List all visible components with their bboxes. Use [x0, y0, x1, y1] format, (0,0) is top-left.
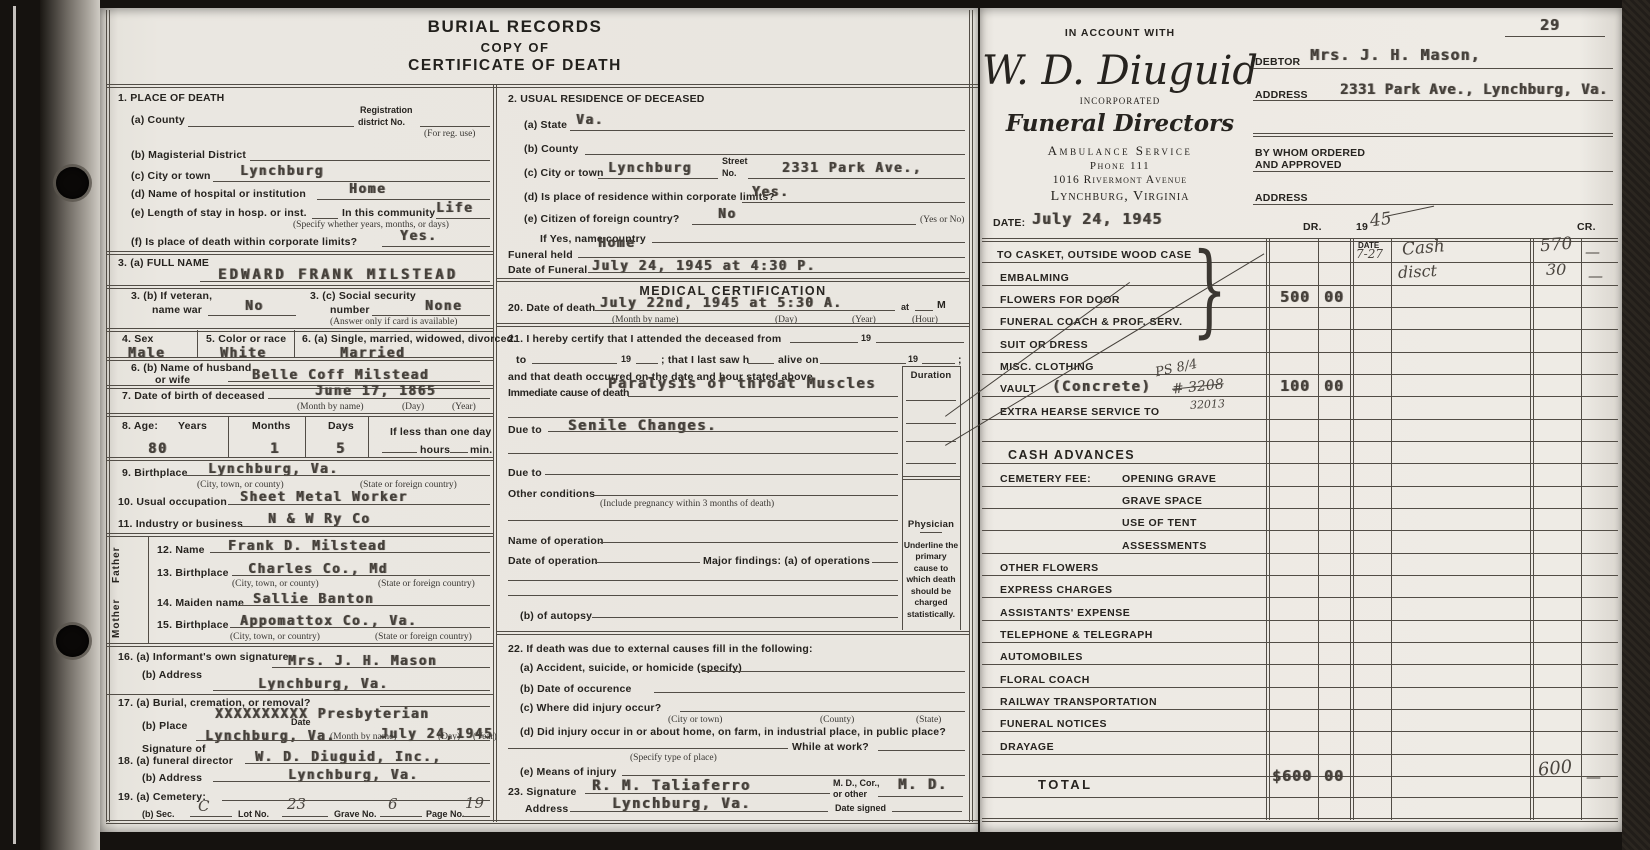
yes-no-hint: (Yes or No) — [920, 216, 964, 226]
rule — [982, 731, 1618, 732]
debtor-address-value: 2331 Park Ave., Lynchburg, Va. — [1340, 83, 1608, 97]
corporate-limits-value: Yes. — [400, 230, 437, 243]
and-approved-label: AND APPROVED — [1255, 160, 1342, 172]
father-name-label: 12. Name — [157, 545, 205, 557]
maiden-name-label: 14. Maiden name — [157, 598, 244, 610]
rule — [188, 126, 354, 127]
burial-place-value: Lynchburg, Va. — [205, 730, 336, 743]
rule — [982, 797, 1618, 798]
credit-discount-handwritten: disct — [1398, 263, 1438, 281]
external-causes-heading: 22. If death was due to external causes … — [508, 644, 813, 656]
grave-no-label: Grave No. — [334, 810, 377, 820]
full-name-label: 3. (a) FULL NAME — [118, 258, 209, 270]
credit-cash-handwritten: Cash — [1401, 238, 1445, 259]
age-months-label: Months — [252, 421, 291, 433]
rule — [878, 750, 965, 751]
debtor-value: Mrs. J. H. Mason, — [1310, 48, 1481, 63]
date-of-death-label: 20. Date of death — [508, 303, 595, 315]
rule — [420, 126, 490, 127]
veteran-label: 3. (b) If veteran, — [131, 291, 212, 303]
md-value: M. D. — [898, 778, 948, 792]
to-label: to — [516, 355, 526, 367]
injury-location-label: (d) Did injury occur in or about home, o… — [520, 727, 946, 739]
res-city-label: (c) City or town — [524, 168, 604, 180]
grave-no-value: 6 — [388, 797, 398, 812]
rule — [578, 257, 965, 258]
rule — [436, 218, 490, 219]
rule — [595, 562, 700, 563]
rule — [598, 178, 718, 179]
ledger-row-label: RAILWAY TRANSPORTATION — [1000, 697, 1157, 709]
state-country-hint: (State or foreign country) — [375, 633, 472, 643]
rule — [106, 251, 493, 255]
rule — [652, 242, 965, 243]
ledger-row-label: DRAYAGE — [1000, 742, 1054, 754]
rule — [210, 552, 490, 553]
credit-cash-amount: 570 — [1539, 236, 1573, 256]
ledger-row-label: FUNERAL NOTICES — [1000, 719, 1107, 731]
rule — [272, 667, 490, 668]
length-of-stay-label: (e) Length of stay in hosp. or inst. — [131, 208, 307, 220]
page-subtitle-2: CERTIFICATE OF DEATH — [280, 58, 750, 74]
month-hint: (Month by name) — [297, 403, 364, 413]
rule — [570, 811, 828, 812]
rule — [982, 664, 1618, 665]
rule — [190, 816, 232, 817]
rule — [232, 575, 490, 576]
year-hint: (Year) — [473, 733, 497, 743]
industry-label: 11. Industry or business — [118, 519, 243, 531]
rule — [902, 366, 960, 367]
rule — [1391, 238, 1392, 820]
rule — [922, 363, 955, 364]
physician-underline-note: Underline the primary cause to which dea… — [903, 540, 959, 620]
rule — [493, 84, 497, 822]
rule — [1253, 68, 1613, 69]
rule — [250, 160, 490, 161]
husband-wife-label: 6. (b) Name of husband — [131, 363, 252, 375]
due-to-label: Due to — [508, 425, 542, 437]
full-name-value: EDWARD FRANK MILSTEAD — [218, 268, 458, 282]
dash-mark: — — [1588, 269, 1603, 284]
hospital-label: (d) Name of hospital or institution — [131, 189, 306, 201]
rule — [106, 533, 493, 537]
funeral-held-label: Funeral held — [508, 250, 573, 262]
rule — [106, 694, 493, 695]
rule — [982, 709, 1618, 710]
credit-date-handwritten: 7-27 — [1356, 248, 1383, 260]
page-subtitle: COPY OF — [280, 41, 750, 54]
vault-scribble-3: 32013 — [1190, 398, 1226, 411]
rule — [372, 315, 490, 316]
ledger-row-label: OPENING GRAVE — [1122, 474, 1216, 486]
cr-column-label: CR. — [1577, 222, 1596, 234]
rule — [197, 330, 198, 357]
punch-hole — [56, 625, 89, 657]
rule — [228, 417, 229, 457]
state-label: (a) State — [524, 120, 567, 132]
rule — [982, 642, 1618, 643]
rule — [382, 246, 490, 247]
rule — [748, 178, 965, 179]
rule — [532, 363, 617, 364]
dr-column-label: DR. — [1303, 222, 1322, 234]
rule — [106, 413, 493, 417]
section-value: C — [198, 799, 209, 814]
type-of-place-hint: (Specify type of place) — [630, 754, 717, 764]
physician-address-label: Address — [525, 804, 568, 816]
birthplace-label: 9. Birthplace — [122, 468, 188, 480]
burial-date-label: Date — [291, 718, 311, 728]
card-available-hint: (Answer only if card is available) — [330, 318, 457, 328]
rule — [654, 692, 965, 693]
occupation-label: 10. Usual occupation — [118, 497, 227, 509]
rule — [496, 278, 969, 282]
scanned-burial-record-spread: BURIAL RECORDS COPY OF CERTIFICATE OF DE… — [0, 0, 1650, 850]
director-address-label: (b) Address — [142, 773, 202, 785]
rule — [982, 238, 1618, 242]
age-label: 8. Age: — [122, 421, 158, 433]
county-label: (a) County — [131, 115, 185, 127]
rule — [312, 218, 338, 219]
date-of-funeral-label: Date of Funeral — [508, 265, 587, 277]
rule — [872, 562, 898, 563]
rule — [496, 631, 969, 635]
year-hint: (Year) — [452, 403, 476, 413]
rule — [238, 605, 490, 606]
meridiem-label: M — [937, 300, 946, 312]
alive-on-label: alive on — [778, 355, 819, 367]
rule — [593, 495, 898, 496]
incorporated-label: INCORPORATED — [1020, 96, 1220, 106]
rule — [208, 315, 296, 316]
rule — [508, 520, 898, 521]
rule — [982, 463, 1618, 464]
rule — [1266, 238, 1270, 820]
res-city-value: Lynchburg — [608, 162, 692, 175]
state-hint: (State) — [916, 716, 941, 726]
rule — [600, 542, 898, 543]
rule — [982, 530, 1618, 531]
name-war-label: name war — [152, 305, 202, 317]
year-45-handwritten: 45 — [1369, 211, 1393, 231]
day-hint: (Day) — [402, 403, 424, 413]
rule — [450, 452, 468, 453]
rule — [305, 417, 306, 457]
year-19-prefix: 19 — [908, 355, 918, 365]
rule — [238, 526, 490, 527]
physician-address-value: Lynchburg, Va. — [612, 797, 751, 811]
rule — [294, 330, 295, 357]
rule — [1253, 100, 1613, 101]
rule — [748, 363, 774, 364]
rule — [1350, 238, 1354, 820]
ledger-row-label: FLORAL COACH — [1000, 675, 1090, 687]
ambulance-service-label: Ambulance Service — [1020, 143, 1220, 159]
last-saw-text: ; that I last saw h — [661, 355, 749, 367]
ledger-row-label: TELEPHONE & TELEGRAPH — [1000, 630, 1153, 642]
rule — [230, 627, 490, 628]
rule — [148, 537, 149, 643]
ledger-row-label: EMBALMING — [1000, 273, 1069, 285]
page-edge-band — [40, 0, 100, 850]
burial-cremation-value: XXXXXXXXXX Presbyterian — [215, 708, 430, 721]
rule — [1318, 238, 1319, 820]
rule — [462, 816, 490, 817]
rule — [892, 811, 962, 812]
city-or-town-label: (c) City or town — [131, 171, 211, 183]
place-of-death-heading: 1. PLACE OF DEATH — [118, 93, 224, 105]
age-years-label: Years — [178, 421, 207, 433]
rule — [622, 775, 965, 776]
sex-label: 4. Sex — [122, 334, 154, 346]
rule — [1253, 171, 1613, 172]
ledger-row-label: USE OF TENT — [1122, 518, 1197, 530]
rule — [585, 793, 830, 794]
vault-concrete-typed: (Concrete) — [1052, 380, 1151, 394]
rule — [508, 595, 898, 596]
city-or-town-value: Lynchburg — [240, 165, 324, 178]
phone-label: Phone 111 — [1020, 160, 1220, 172]
ledger-row-label: ASSESSMENTS — [1122, 541, 1207, 553]
physician-signature-label: 23. Signature — [508, 787, 577, 799]
age-days-label: Days — [328, 421, 354, 433]
page-title: BURIAL RECORDS — [280, 18, 750, 35]
flowers-amount-dollars: 500 — [1280, 290, 1310, 305]
ss-number-label: number — [330, 305, 370, 317]
duration-label: Duration — [902, 371, 960, 381]
firm-name-script: W. D. Diuguid — [950, 48, 1290, 94]
firm-city-label: Lynchburg, Virginia — [1020, 189, 1220, 205]
rule — [200, 281, 490, 282]
rule — [106, 357, 493, 361]
father-birthplace-label: 13. Birthplace — [157, 568, 229, 580]
corporate-limits-label: (f) Is place of death within corporate l… — [131, 237, 357, 249]
total-label: TOTAL — [1038, 778, 1093, 792]
rule — [920, 532, 942, 533]
in-community-value: Life — [436, 202, 473, 215]
rule — [702, 671, 965, 672]
major-findings-label: Major findings: (a) of operations — [703, 556, 870, 568]
rule — [982, 508, 1618, 509]
rule — [982, 818, 1618, 822]
rule — [382, 452, 417, 453]
rule — [282, 816, 328, 817]
usual-residence-heading: 2. USUAL RESIDENCE OF DECEASED — [508, 94, 705, 106]
citizen-value: No — [718, 208, 737, 221]
rule — [982, 329, 1618, 330]
ledger-row-label: EXTRA HEARSE SERVICE TO — [1000, 407, 1160, 419]
min-label: min. — [470, 445, 492, 457]
rule — [1530, 238, 1534, 820]
cash-advances-heading: CASH ADVANCES — [1008, 449, 1135, 463]
rule — [982, 620, 1618, 621]
folio-number: 29 — [1540, 18, 1560, 33]
page-no-value: 19 — [465, 796, 484, 811]
informant-signature-label: 16. (a) Informant's own signature — [118, 652, 289, 664]
rule — [636, 363, 658, 364]
rule — [902, 476, 960, 480]
vault-amount-cents: 00 — [1324, 379, 1344, 394]
rule — [906, 400, 956, 401]
year-19-printed: 19 — [1356, 222, 1368, 234]
informant-address-label: (b) Address — [142, 670, 202, 682]
orderer-address-label: ADDRESS — [1255, 193, 1308, 205]
page-no-label: Page No. — [426, 810, 465, 820]
rule — [969, 10, 973, 822]
rule — [1505, 36, 1605, 37]
rule — [185, 475, 490, 476]
rule — [548, 431, 898, 432]
rule — [790, 342, 858, 343]
date-of-birth-label: 7. Date of birth of deceased — [122, 391, 265, 403]
rule — [982, 307, 1618, 308]
rule — [1581, 238, 1582, 820]
cemetery-label: 19. (a) Cemetery: — [118, 792, 206, 804]
rule — [915, 310, 933, 311]
ledger-row-label: GRAVE SPACE — [1122, 496, 1202, 508]
funeral-director-label: 18. (a) funeral director — [118, 756, 233, 768]
county-hint: (County) — [820, 716, 854, 726]
res-county-label: (b) County — [524, 144, 579, 156]
scanner-fabric-edge — [1622, 0, 1650, 850]
year-19-prefix: 19 — [621, 355, 631, 365]
less-than-day-label: If less than one day — [390, 427, 491, 439]
debtor-label: DEBTOR — [1255, 57, 1300, 69]
due-to-2-label: Due to — [508, 468, 542, 480]
rule — [982, 687, 1618, 688]
ledger-row-label: TO CASKET, OUTSIDE WOOD CASE — [997, 250, 1192, 262]
rule — [982, 754, 1618, 755]
other-conditions-label: Other conditions — [508, 489, 595, 501]
rule — [268, 398, 490, 399]
md-cor-label: M. D., Cor., — [833, 779, 880, 789]
rule — [213, 781, 490, 782]
date-of-occurence-label: (b) Date of occurence — [520, 684, 632, 696]
magisterial-district-label: (b) Magisterial District — [131, 150, 246, 162]
city-country-hint: (City, town, or country) — [230, 633, 320, 643]
immediate-cause-value: Paralysis of throat Muscles — [608, 377, 876, 391]
rule — [106, 643, 493, 647]
in-account-with-label: IN ACCOUNT WITH — [1020, 28, 1220, 40]
mother-birthplace-label: 15. Birthplace — [157, 620, 229, 632]
ledger-row-label: ASSISTANTS' EXPENSE — [1000, 608, 1130, 620]
father-section-label: Father — [112, 541, 122, 583]
by-whom-ordered-label: BY WHOM ORDERED — [1255, 148, 1365, 160]
lot-no-value: 23 — [287, 797, 306, 812]
dash-mark: — — [1585, 245, 1600, 260]
total-dr-cents: 00 — [1324, 769, 1344, 784]
district-no-label: district No. — [358, 118, 405, 128]
lot-no-label: Lot No. — [238, 810, 269, 820]
rule — [106, 457, 493, 461]
rule — [982, 553, 1618, 554]
age-years-value: 80 — [148, 442, 168, 456]
rule — [692, 224, 916, 225]
rule — [588, 272, 965, 273]
rule — [508, 748, 788, 749]
hours-label: hours — [420, 445, 450, 457]
registration-label: Registration — [360, 106, 413, 116]
city-county-hint: (City, town, or county) — [232, 580, 319, 590]
rule — [876, 342, 964, 343]
date-value: July 24, 1945 — [1032, 212, 1162, 227]
section-label: (b) Sec. — [142, 810, 175, 820]
rule — [496, 323, 969, 327]
ss-number-value: None — [425, 300, 462, 313]
total-cr-handwritten: 600 — [1537, 758, 1573, 779]
burial-place-label: (b) Place — [142, 721, 188, 733]
flowers-amount-cents: 00 — [1324, 290, 1344, 305]
means-of-injury-label: (e) Means of injury — [520, 767, 617, 779]
hospital-value: Home — [349, 183, 386, 196]
rule — [742, 202, 965, 203]
rule — [317, 199, 490, 200]
res-corporate-value: Yes. — [752, 186, 789, 199]
while-at-work-label: While at work? — [792, 742, 869, 754]
res-corporate-label: (d) Is place of residence within corpora… — [524, 192, 775, 204]
ledger-row-label: OTHER FLOWERS — [1000, 563, 1099, 575]
rule — [222, 800, 490, 801]
dash-mark: — — [1586, 770, 1601, 785]
rule — [106, 285, 493, 289]
immediate-cause-label: Immediate cause of death — [508, 388, 629, 400]
date-of-death-value: July 22nd, 1945 at 5:30 A. — [600, 297, 843, 310]
credit-discount-amount: 30 — [1546, 262, 1566, 278]
vault-amount-dollars: 100 — [1280, 379, 1310, 394]
funeral-directors-script: Funeral Directors — [1000, 110, 1240, 137]
year-19-prefix: 19 — [861, 334, 871, 344]
color-race-label: 5. Color or race — [206, 334, 286, 346]
accident-suicide-label: (a) Accident, suicide, or homicide (spec… — [520, 663, 742, 675]
social-security-label: 3. (c) Social security — [310, 291, 416, 303]
reg-use-hint: (For reg. use) — [424, 130, 475, 140]
rule — [592, 617, 898, 618]
rule — [820, 363, 906, 364]
signature-of-label: Signature of — [142, 744, 206, 756]
firm-street-label: 1016 Rivermont Avenue — [1020, 174, 1220, 186]
autopsy-label: (b) of autopsy — [520, 611, 592, 623]
street-no-label: No. — [722, 169, 737, 179]
rule — [982, 597, 1618, 598]
rule — [508, 453, 898, 454]
rule — [982, 352, 1618, 353]
rule — [570, 130, 965, 131]
punch-hole — [56, 167, 89, 199]
rule — [380, 816, 422, 817]
industry-value: N & W Ry Co — [268, 513, 371, 526]
veteran-value: No — [245, 300, 264, 313]
marital-status-label: 6. (a) Single, married, widowed, divorce… — [302, 334, 516, 346]
funeral-held-value: Home — [598, 237, 635, 250]
state-value: Va. — [576, 114, 604, 127]
certify-attended-text: 21. I hereby certify that I attended the… — [508, 334, 781, 346]
physician-signature-value: R. M. Taliaferro — [592, 779, 751, 793]
street-value: 2331 Park Ave., — [782, 162, 922, 175]
physician-label: Physician — [902, 520, 960, 530]
rule — [245, 763, 490, 764]
ledger-row-label: SUIT OR DRESS — [1000, 340, 1088, 352]
total-dr-dollars: $600 — [1272, 769, 1312, 784]
rule — [982, 396, 1618, 397]
rule — [982, 441, 1618, 442]
date-of-operation-label: Date of operation — [508, 556, 598, 568]
rule — [680, 711, 965, 712]
rule — [508, 580, 898, 581]
ledger-row-label: EXPRESS CHARGES — [1000, 585, 1113, 597]
age-months-value: 1 — [270, 442, 280, 456]
rule — [213, 690, 490, 691]
